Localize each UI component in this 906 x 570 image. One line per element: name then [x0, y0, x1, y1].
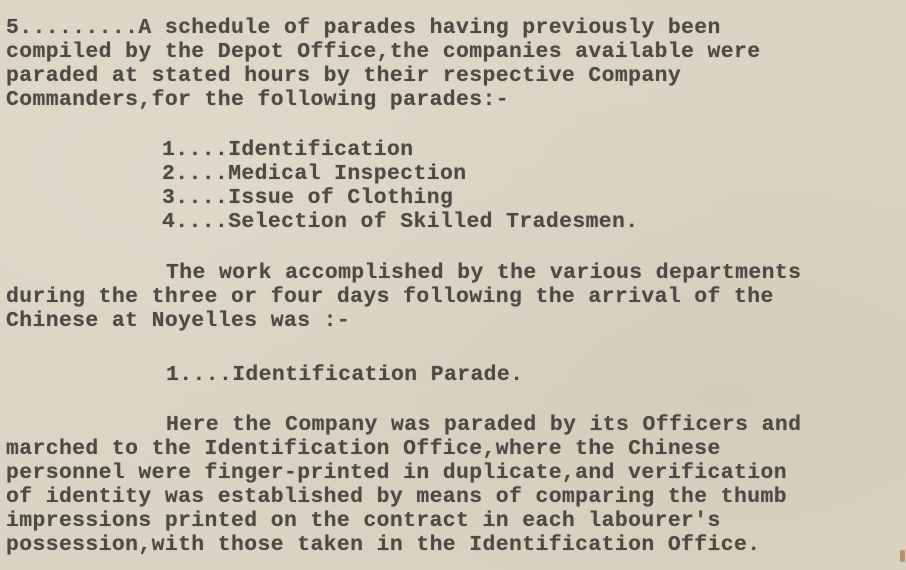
list-item-number: 2....: [162, 162, 228, 186]
list-item-label: Medical Inspection: [228, 162, 466, 186]
identification-line-4: of identity was established by means of …: [6, 485, 787, 509]
work-line-2: during the three or four days following …: [6, 285, 774, 309]
identification-line-1: Here the Company was paraded by its Offi…: [166, 413, 801, 437]
subheading-identification-parade: 1....Identification Parade.: [166, 363, 523, 387]
list-item-label: Selection of Skilled Tradesmen.: [228, 210, 638, 234]
identification-line-3: personnel were finger-printed in duplica…: [6, 461, 787, 485]
typewritten-page: 5.........A schedule of parades having p…: [0, 0, 906, 570]
intro-line-2: compiled by the Depot Office,the compani…: [6, 40, 760, 64]
intro-line-4: Commanders,for the following parades:-: [6, 88, 509, 112]
list-item: 2....Medical Inspection: [162, 162, 466, 186]
work-line-3: Chinese at Noyelles was :-: [6, 309, 350, 333]
intro-line-3: paraded at stated hours by their respect…: [6, 64, 681, 88]
subheading-label: Identification Parade.: [232, 363, 523, 387]
list-item: 3....Issue of Clothing: [162, 186, 453, 210]
list-item: 1....Identification: [162, 138, 414, 162]
list-item: 4....Selection of Skilled Tradesmen.: [162, 210, 639, 234]
identification-line-5: impressions printed on the contract in e…: [6, 509, 721, 533]
list-item-number: 3....: [162, 186, 228, 210]
identification-line-2: marched to the Identification Office,whe…: [6, 437, 721, 461]
list-item-number: 4....: [162, 210, 228, 234]
list-item-label: Identification: [228, 138, 413, 162]
subheading-number: 1....: [166, 363, 232, 387]
identification-line-6: possession,with those taken in the Ident…: [6, 533, 760, 557]
list-item-number: 1....: [162, 138, 228, 162]
work-line-1: The work accomplished by the various dep…: [166, 261, 801, 285]
list-item-label: Issue of Clothing: [228, 186, 453, 210]
intro-line-1: 5.........A schedule of parades having p…: [6, 16, 721, 40]
paper-stain: [900, 550, 905, 562]
